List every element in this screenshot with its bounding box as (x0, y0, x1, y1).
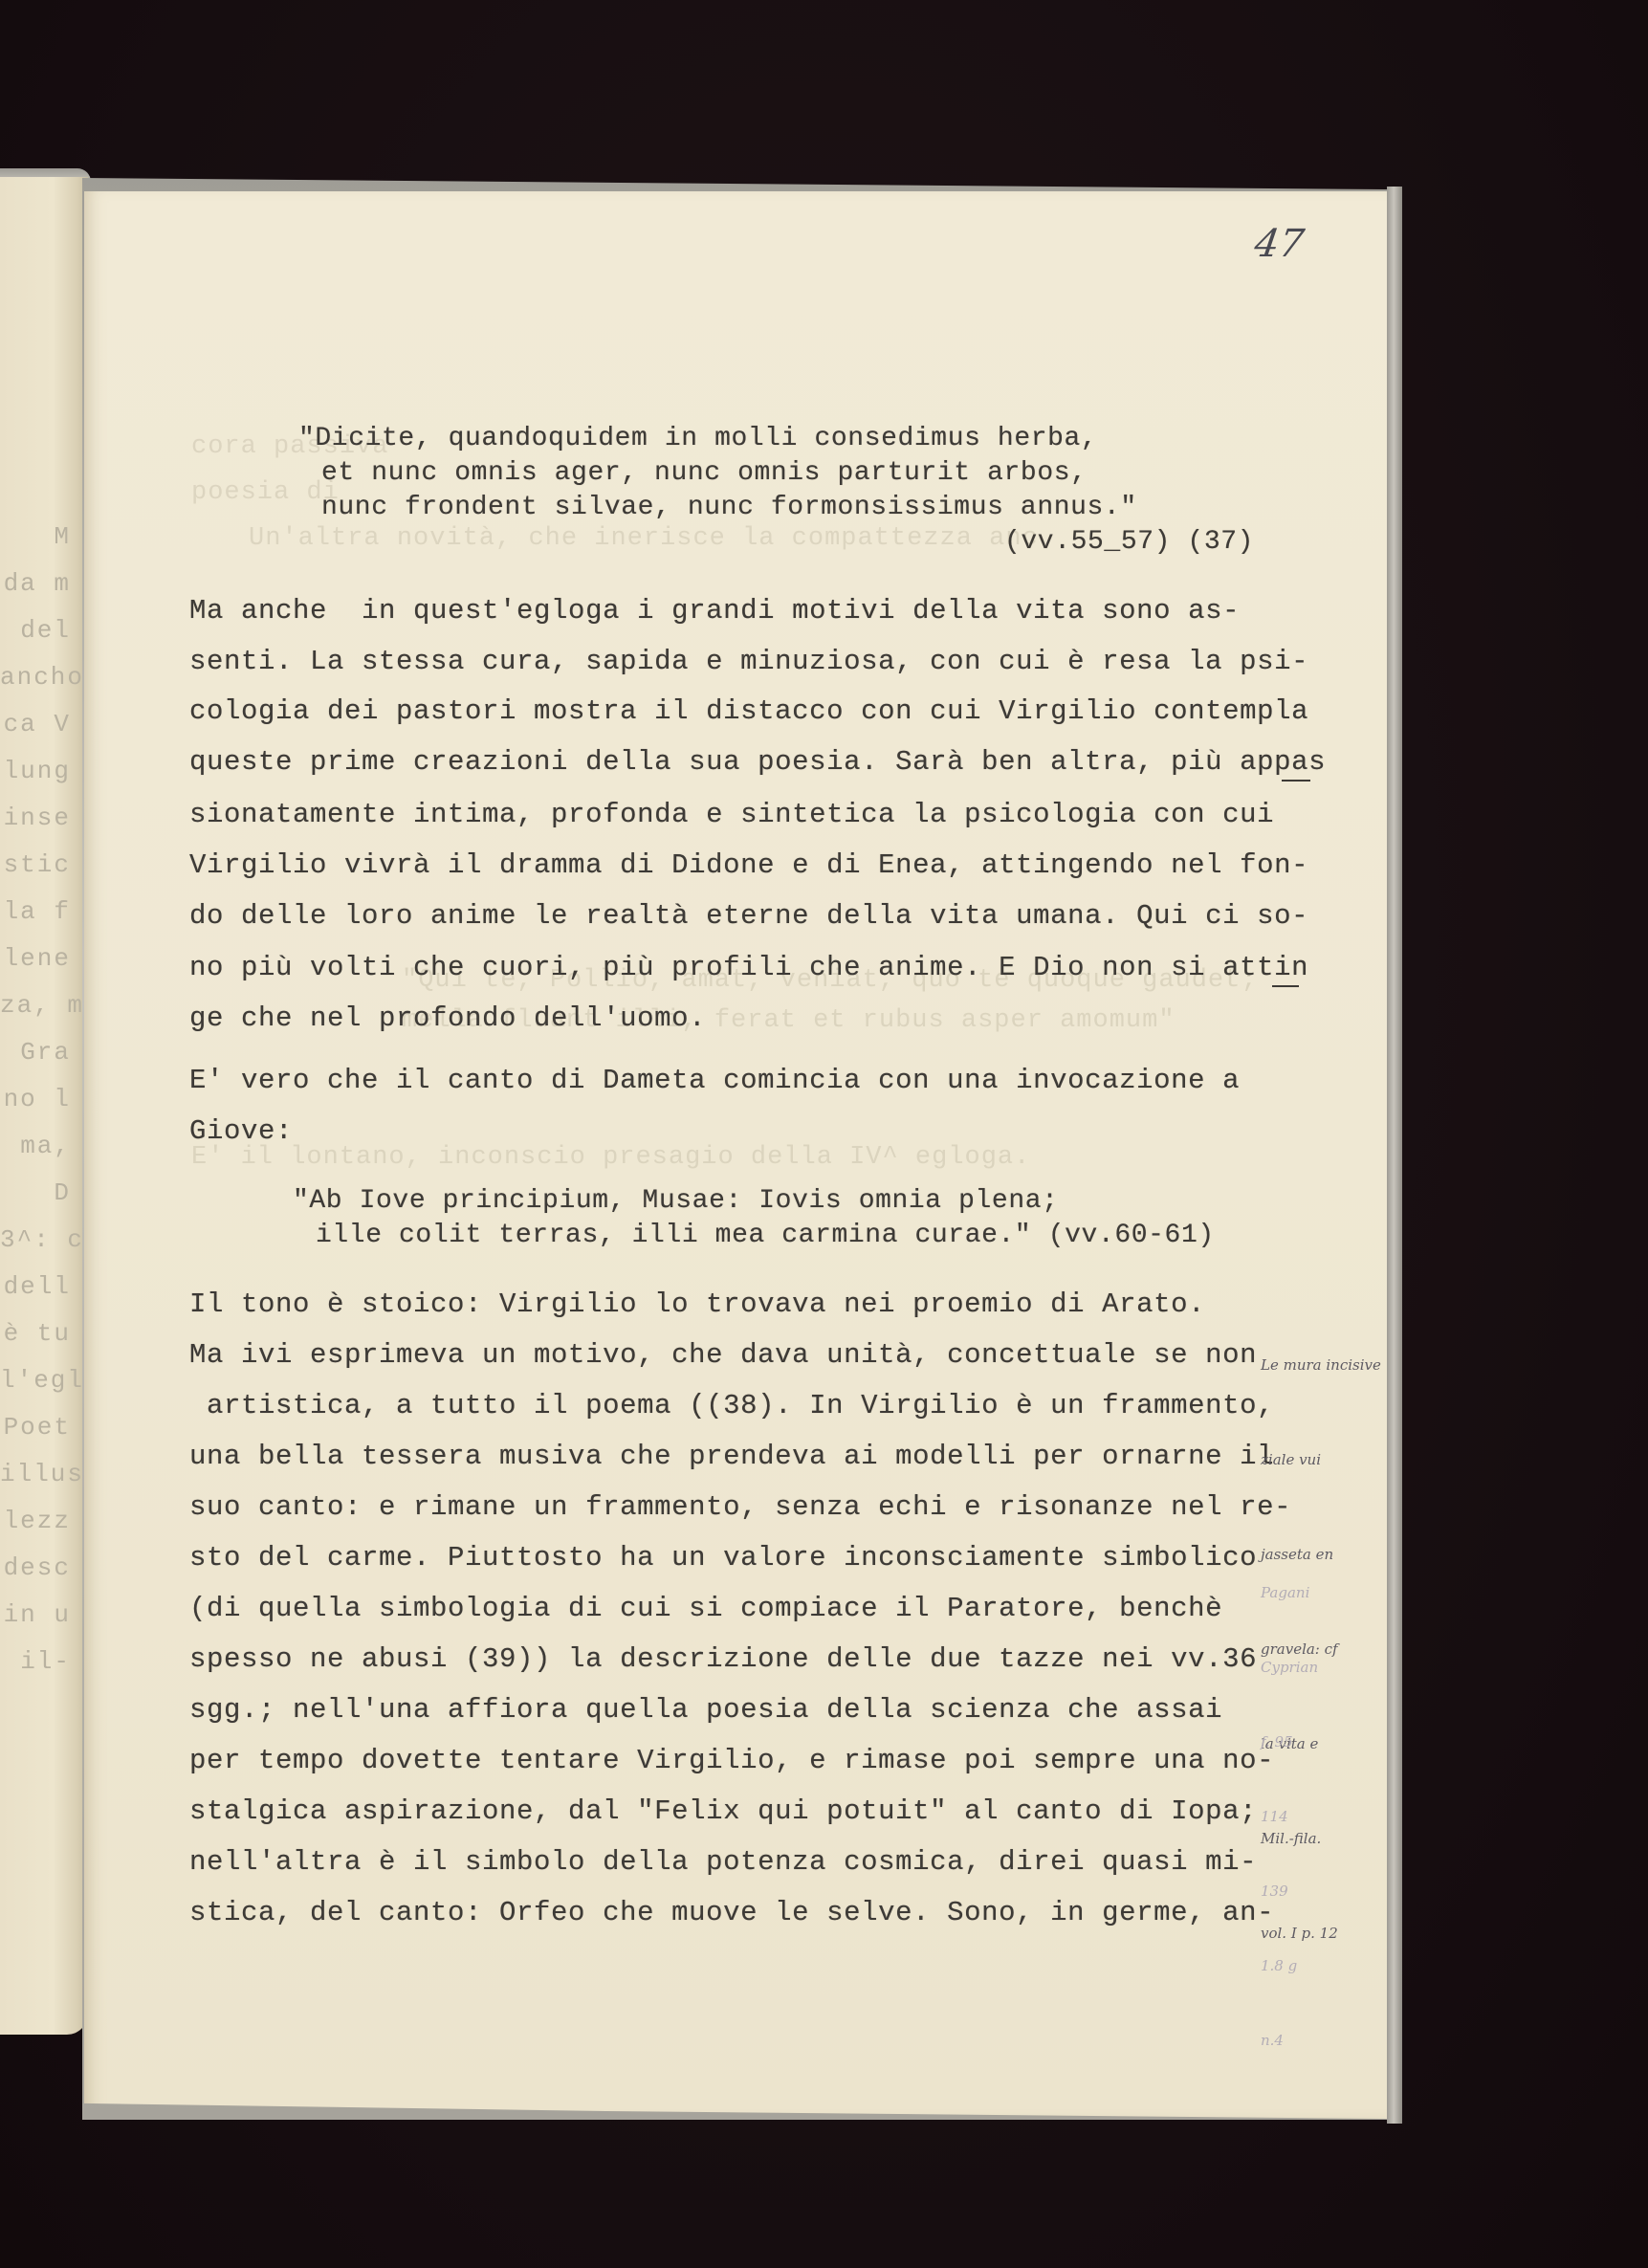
margin-note-line: f. 95 (1261, 1729, 1318, 1754)
margin-note-line: Le mura incisive (1261, 1350, 1381, 1381)
left-page-line: il- (0, 1639, 88, 1685)
scan-scene: Mda mdelanchoca Vlunginsesticla fleneza,… (0, 0, 1648, 2268)
quote-line: "Ab Iove principium, Musae: Iovis omnia … (293, 1186, 1059, 1216)
body-line: Virgilio vivrà il dramma di Didone e di … (189, 849, 1308, 881)
left-page-line: no l (0, 1076, 88, 1123)
body-line: no più volti che cuori, più profili che … (189, 952, 1308, 983)
body-line: Ma ivi esprimeva un motivo, che dava uni… (189, 1339, 1257, 1371)
left-page-line: dell (0, 1264, 88, 1310)
left-page-line: desc (0, 1545, 88, 1592)
body-line: sionatamente intima, profonda e sintetic… (189, 799, 1274, 830)
page-right-edge (1387, 187, 1402, 2124)
left-page-line: lung (0, 748, 88, 795)
left-page-line: D (0, 1170, 88, 1217)
margin-note-faint: Pagani Cyprian f. 95 114 139 1.8 g n.4 (1261, 1530, 1318, 2103)
quote-line: et nunc omnis ager, nunc omnis parturit … (321, 458, 1088, 488)
left-page-line: za, m (0, 982, 88, 1029)
quote-line: "Dicite, quandoquidem in molli consedimu… (298, 424, 1097, 453)
margin-note-line: Cyprian (1261, 1655, 1318, 1680)
left-page: Mda mdelanchoca Vlunginsesticla fleneza,… (0, 177, 88, 2035)
body-line: (di quella simbologia di cui si compiace… (189, 1593, 1222, 1624)
left-page-line: inse (0, 795, 88, 842)
bleed-through-text: Un'altra novità, che inerisce la compatt… (249, 524, 1039, 553)
bleed-through-text: E' il lontano, inconscio presagio della … (191, 1143, 1030, 1172)
margin-note-line: 114 (1261, 1804, 1318, 1829)
body-line: Giove: (189, 1115, 293, 1147)
left-page-line: M (0, 514, 88, 561)
left-page-line: lene (0, 936, 88, 982)
body-line: nell'altra è il simbolo della potenza co… (189, 1846, 1257, 1878)
quote-line: nunc frondent silvae, nunc formonsissimu… (321, 493, 1137, 522)
page-number: 47 (1252, 222, 1307, 266)
body-line: Il tono è stoico: Virgilio lo trovava ne… (189, 1288, 1205, 1320)
left-page-line: l'egl (0, 1357, 88, 1404)
underline-mark (1272, 985, 1299, 987)
left-page-line: ca V (0, 701, 88, 748)
left-page-line: Poet (0, 1404, 88, 1451)
body-line: ge che nel profondo dell'uomo. (189, 1002, 706, 1034)
left-page-line: ancho (0, 654, 88, 701)
body-line: spesso ne abusi (39)) la descrizione del… (189, 1643, 1257, 1675)
body-line: per tempo dovette tentare Virgilio, e ri… (189, 1745, 1274, 1776)
left-page-line: 3^: c (0, 1217, 88, 1264)
body-line: stalgica aspirazione, dal "Felix qui pot… (189, 1795, 1257, 1827)
left-page-line: ma, (0, 1123, 88, 1170)
body-line: sgg.; nell'una affiora quella poesia del… (189, 1694, 1222, 1726)
quote-citation: (vv.55_57) (37) (1004, 527, 1254, 557)
margin-note-line: n.4 (1261, 2028, 1318, 2053)
left-page-line: da m (0, 561, 88, 607)
left-page-text: Mda mdelanchoca Vlunginsesticla fleneza,… (0, 514, 88, 1685)
bleed-through-text: poesia di (191, 478, 340, 507)
left-page-line: del (0, 607, 88, 654)
left-page-line: lezz (0, 1498, 88, 1545)
left-page-line: la f (0, 889, 88, 936)
body-line: sto del carme. Piuttosto ha un valore in… (189, 1542, 1257, 1574)
body-line: stica, del canto: Orfeo che muove le sel… (189, 1897, 1274, 1928)
body-line: senti. La stessa cura, sapida e minuzios… (189, 646, 1308, 677)
body-line: Ma anche in quest'egloga i grandi motivi… (189, 595, 1240, 627)
margin-note-line: Pagani (1261, 1580, 1318, 1605)
body-line: do delle loro anime le realtà eterne del… (189, 900, 1308, 932)
body-line: una bella tessera musiva che prendeva ai… (189, 1441, 1274, 1472)
margin-note-line: 139 (1261, 1879, 1318, 1904)
left-page-line: Gra (0, 1029, 88, 1076)
margin-note-line: ziale vui (1261, 1444, 1381, 1476)
left-page-line: illus (0, 1451, 88, 1498)
body-line: queste prime creazioni della sua poesia.… (189, 746, 1326, 778)
underline-mark (1282, 780, 1310, 782)
body-line: E' vero che il canto di Dameta comincia … (189, 1065, 1240, 1096)
quote-line: ille colit terras, illi mea carmina cura… (316, 1221, 1215, 1250)
margin-note-line: 1.8 g (1261, 1953, 1318, 1978)
left-page-line: in u (0, 1592, 88, 1639)
body-line: cologia dei pastori mostra il distacco c… (189, 695, 1308, 727)
left-page-line: stic (0, 842, 88, 889)
left-page-line: è tu (0, 1310, 88, 1357)
body-line: artistica, a tutto il poema ((38). In Vi… (189, 1390, 1274, 1421)
body-line: suo canto: e rimane un frammento, senza … (189, 1491, 1291, 1523)
